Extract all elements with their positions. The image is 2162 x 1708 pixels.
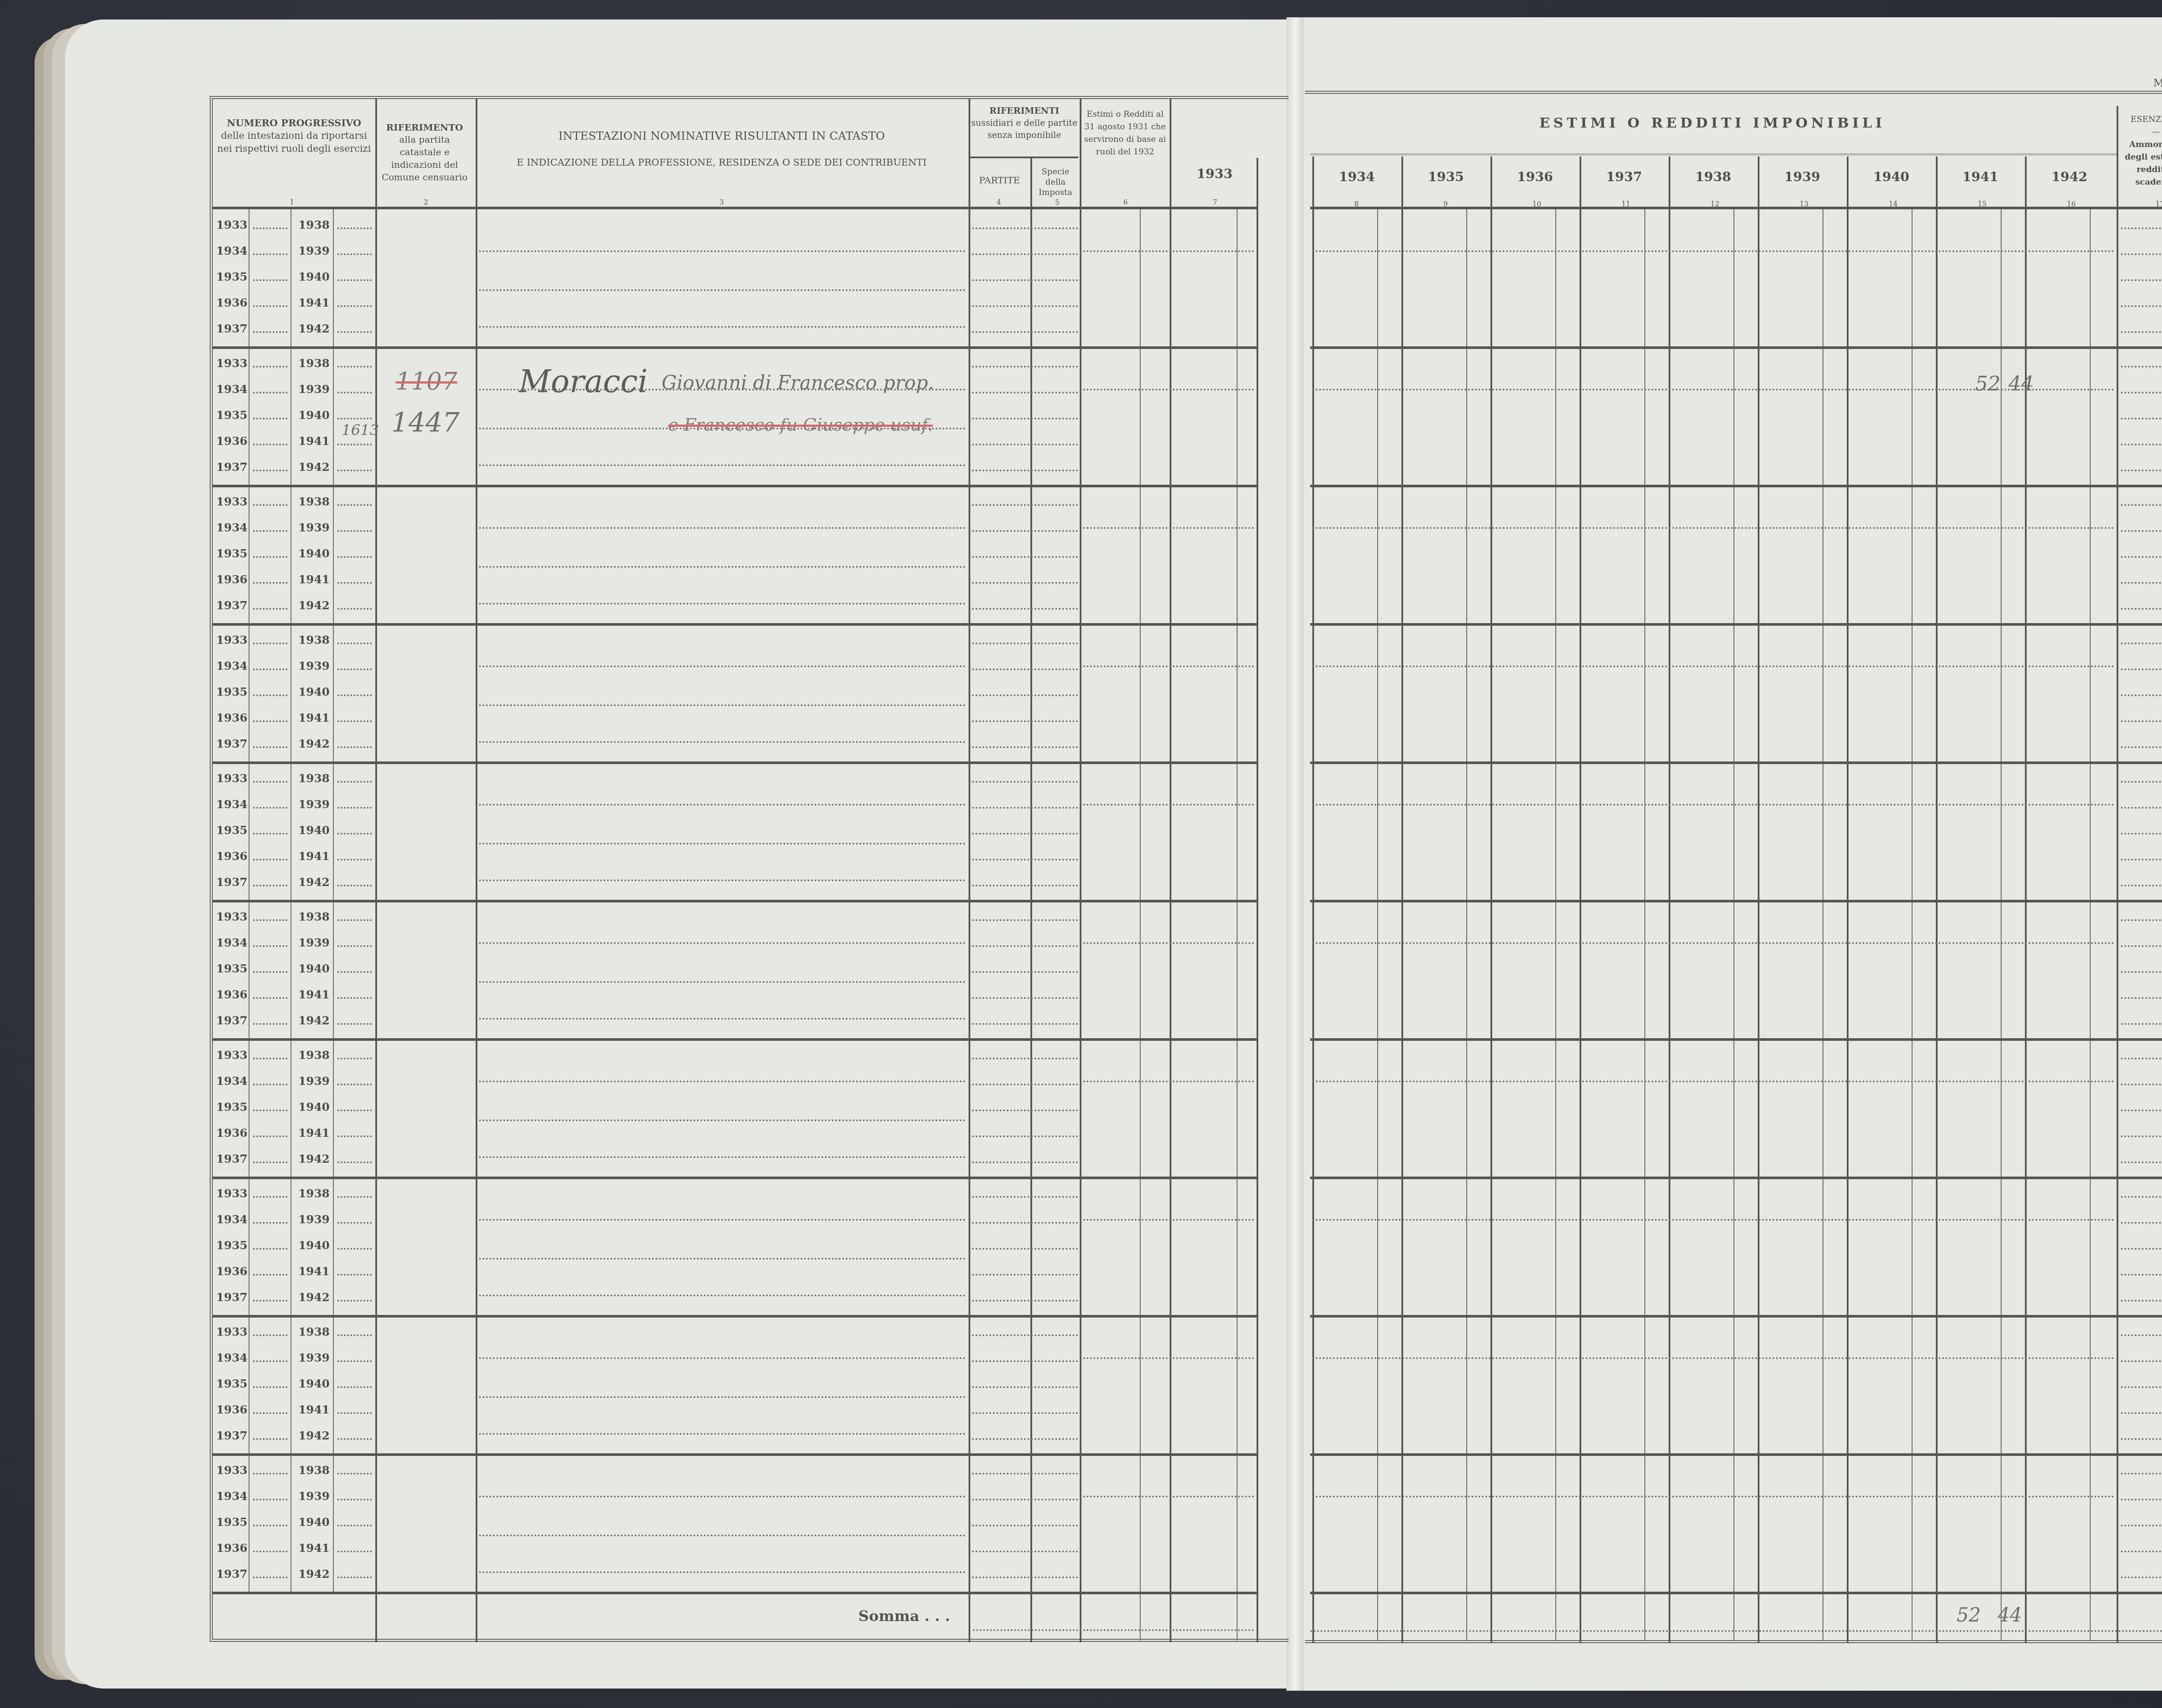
- writing-line: [479, 527, 966, 529]
- row-group-rule: [1310, 1592, 2162, 1594]
- header-numero-progressivo: NUMERO PROGRESSIVO delle intestazioni da…: [214, 117, 374, 156]
- dotted-leader: [2121, 971, 2162, 973]
- year-label-left: 1935: [216, 824, 247, 837]
- dotted-leader: [972, 1551, 1078, 1552]
- dotted-leader: [337, 746, 372, 748]
- year-label-left: 1937: [216, 876, 247, 889]
- writing-line: [1312, 1081, 2114, 1082]
- col-divider: [375, 99, 377, 1642]
- dotted-leader: [337, 971, 372, 973]
- header-partite: PARTITE: [970, 175, 1029, 186]
- dotted-leader: [2121, 1196, 2162, 1198]
- dotted-leader: [2121, 1499, 2162, 1500]
- year-label-right: 1941: [298, 297, 329, 310]
- dotted-leader: [253, 1110, 288, 1111]
- dotted-leader: [2121, 227, 2162, 229]
- year-label-right: 1939: [298, 937, 329, 950]
- header-riferimento-sub: alla partita catastale e indicazioni del…: [377, 134, 472, 184]
- year-label-right: 1939: [298, 1213, 329, 1226]
- dotted-leader: [337, 1551, 372, 1552]
- dotted-leader: [972, 833, 1078, 835]
- writing-line: [479, 981, 966, 983]
- col-divider: [2117, 106, 2118, 1643]
- dotted-leader: [253, 1084, 288, 1085]
- year-label-left: 1935: [216, 409, 247, 422]
- row-group-rule: [1310, 485, 2162, 487]
- dotted-leader: [972, 1473, 1078, 1475]
- dotted-leader: [2121, 1525, 2162, 1526]
- col-divider: [1030, 157, 1032, 1642]
- dotted-leader: [337, 1135, 372, 1137]
- writing-line: [1083, 942, 1254, 944]
- dotted-leader: [2121, 781, 2162, 783]
- dotted-leader: [337, 945, 372, 947]
- dotted-leader: [337, 582, 372, 584]
- dotted-leader: [337, 1473, 372, 1475]
- dotted-leader: [337, 1438, 372, 1440]
- year-label-right: 1938: [298, 1326, 329, 1339]
- year-label-right: 1942: [298, 1430, 329, 1443]
- dotted-leader: [2121, 919, 2162, 921]
- dotted-leader: [337, 418, 372, 419]
- dotted-leader: [972, 1023, 1078, 1025]
- year-label-left: 1935: [216, 271, 247, 284]
- writing-line: [1083, 1081, 1254, 1082]
- header-estimi-1931: Estimi o Redditi al 31 agosto 1931 che s…: [1082, 108, 1168, 158]
- handwritten-struck-line: e Francesco fu Giuseppe usuf.: [668, 415, 933, 435]
- dotted-leader: [337, 1023, 372, 1025]
- year-label-right: 1939: [298, 1075, 329, 1088]
- year-label-left: 1934: [216, 1490, 247, 1503]
- dotted-leader: [972, 470, 1078, 471]
- year-label-left: 1935: [216, 1239, 247, 1252]
- col-divider: [1080, 99, 1081, 1642]
- dotted-leader: [337, 279, 372, 281]
- dotted-leader: [2121, 1248, 2162, 1250]
- row-group-rule: [213, 485, 1257, 487]
- year-label-left: 1934: [216, 1075, 247, 1088]
- dotted-leader: [2121, 305, 2162, 307]
- dotted-leader: [972, 643, 1078, 644]
- col-divider-cent: [1912, 209, 1913, 1641]
- dotted-leader: [2121, 366, 2162, 368]
- year-label-left: 1935: [216, 1516, 247, 1529]
- year-label-left: 1935: [216, 1101, 247, 1114]
- header-intestazioni-sub: E INDICAZIONE DELLA PROFESSIONE, RESIDEN…: [477, 157, 966, 168]
- header-numero-sub: delle intestazioni da riportarsi nei ris…: [214, 130, 374, 156]
- dotted-leader: [337, 1222, 372, 1224]
- dotted-leader: [253, 1274, 288, 1276]
- writing-line: [1083, 527, 1254, 529]
- header-year-1934: 1934: [1312, 170, 1401, 185]
- dotted-leader: [337, 1525, 372, 1526]
- dotted-leader: [337, 504, 372, 506]
- dotted-leader: [253, 1412, 288, 1414]
- dotted-leader: [972, 1196, 1078, 1198]
- dotted-leader: [2121, 1084, 2162, 1085]
- writing-line: [479, 566, 966, 568]
- year-label-right: 1941: [298, 573, 329, 586]
- year-label-left: 1937: [216, 461, 247, 474]
- writing-line: [1083, 389, 1254, 390]
- dotted-leader: [972, 305, 1078, 307]
- dotted-leader: [253, 1248, 288, 1250]
- dotted-leader: [337, 366, 372, 368]
- row-group-rule: [213, 1592, 1257, 1594]
- colnum-2: 2: [424, 198, 428, 206]
- dotted-leader: [253, 1360, 288, 1362]
- dotted-leader: [253, 504, 288, 506]
- writing-line: [1083, 1496, 1254, 1497]
- year-label-right: 1940: [298, 1101, 329, 1114]
- writing-line: [479, 1396, 966, 1398]
- dotted-leader: [253, 279, 288, 281]
- dotted-leader: [253, 530, 288, 532]
- handwritten-1941-cent: 44: [2008, 372, 2034, 395]
- year-label-right: 1942: [298, 1014, 329, 1027]
- year-label-right: 1938: [298, 1049, 329, 1062]
- year-label-right: 1940: [298, 1516, 329, 1529]
- header-year-1940: 1940: [1847, 170, 1936, 185]
- header-riferimenti: RIFERIMENTI sussidiari e delle partite s…: [970, 105, 1078, 141]
- dotted-leader: [253, 694, 288, 696]
- col-divider-cent: [1377, 209, 1378, 1641]
- dotted-leader: [253, 305, 288, 307]
- dotted-leader: [337, 444, 372, 445]
- dotted-leader: [972, 1386, 1078, 1388]
- writing-line: [479, 289, 966, 291]
- dotted-leader: [972, 746, 1078, 748]
- year-label-right: 1939: [298, 1490, 329, 1503]
- year-label-left: 1936: [216, 988, 247, 1001]
- writing-line: [479, 741, 966, 743]
- dotted-leader: [337, 781, 372, 783]
- dotted-leader: [2121, 1438, 2162, 1440]
- year-label-right: 1942: [298, 738, 329, 751]
- dotted-leader: [253, 1577, 288, 1578]
- year-label-left: 1935: [216, 686, 247, 699]
- dotted-leader: [253, 253, 288, 255]
- year-label-left: 1937: [216, 1153, 247, 1166]
- row-group-rule: [1310, 1038, 2162, 1041]
- dotted-leader: [2121, 1360, 2162, 1362]
- handwritten-surname: Moracci: [519, 363, 648, 400]
- writing-line: [1083, 804, 1254, 806]
- year-label-left: 1937: [216, 738, 247, 751]
- dotted-leader: [253, 470, 288, 471]
- handwritten-new-partita: 1447: [391, 406, 460, 438]
- writing-line: [479, 1433, 966, 1435]
- dotted-leader: [253, 227, 288, 229]
- writing-line: [479, 1219, 966, 1221]
- writing-line: [479, 880, 966, 881]
- year-label-left: 1936: [216, 1404, 247, 1417]
- year-label-right: 1941: [298, 988, 329, 1001]
- col-divider: [1170, 99, 1171, 1642]
- dotted-leader: [253, 331, 288, 333]
- writing-line: [479, 1018, 966, 1020]
- writing-line: [479, 843, 966, 844]
- dotted-leader: [2121, 582, 2162, 584]
- dotted-leader: [253, 1135, 288, 1137]
- dotted-leader: [2121, 504, 2162, 506]
- dotted-leader: [972, 720, 1078, 722]
- dotted-leader: [337, 1334, 372, 1336]
- dotted-leader: [2121, 392, 2162, 393]
- dotted-leader: [2121, 418, 2162, 419]
- dotted-leader: [2121, 1222, 2162, 1224]
- year-label-left: 1936: [216, 1127, 247, 1140]
- writing-line: [1083, 1219, 1254, 1221]
- dotted-leader: [337, 859, 372, 860]
- dotted-leader: [253, 746, 288, 748]
- year-label-left: 1934: [216, 383, 247, 396]
- dotted-leader: [972, 253, 1078, 255]
- year-label-left: 1936: [216, 573, 247, 586]
- dotted-leader: [337, 885, 372, 886]
- dotted-leader: [337, 997, 372, 999]
- dotted-leader: [2121, 1334, 2162, 1336]
- dotted-leader: [972, 279, 1078, 281]
- dotted-leader: [337, 556, 372, 558]
- dotted-leader: [2121, 1386, 2162, 1388]
- dotted-leader: [253, 1300, 288, 1302]
- dotted-leader: [972, 1135, 1078, 1137]
- dotted-leader: [253, 919, 288, 921]
- dotted-leader: [2121, 1551, 2162, 1552]
- year-label-right: 1938: [298, 357, 329, 370]
- dotted-leader: [2121, 608, 2162, 610]
- year-label-left: 1934: [216, 1352, 247, 1365]
- year-label-right: 1941: [298, 850, 329, 863]
- writing-line: [479, 1081, 966, 1082]
- dotted-leader: [337, 694, 372, 696]
- year-label-left: 1937: [216, 1430, 247, 1443]
- dotted-leader: [253, 366, 288, 368]
- header-esenzioni: ESENZIONI — Ammontare degli estimi o red…: [2118, 113, 2162, 189]
- year-label-right: 1942: [298, 876, 329, 889]
- dotted-leader: [337, 1577, 372, 1578]
- dotted-leader: [972, 1334, 1078, 1336]
- year-label-left: 1935: [216, 1378, 247, 1391]
- year-label-right: 1939: [298, 245, 329, 258]
- dotted-leader: [253, 1551, 288, 1552]
- writing-line: [479, 326, 966, 328]
- dotted-leader: [253, 1386, 288, 1388]
- writing-line: [479, 665, 966, 667]
- dotted-leader: [2121, 253, 2162, 255]
- total-1941-lire: 52: [1957, 1604, 1981, 1626]
- dotted-leader: [2121, 1110, 2162, 1111]
- dotted-leader: [337, 1196, 372, 1198]
- header-year-1941: 1941: [1936, 170, 2025, 185]
- dotted-leader: [337, 1300, 372, 1302]
- dotted-leader: [337, 643, 372, 644]
- header-riferimento-title: RIFERIMENTO: [377, 121, 472, 134]
- dotted-leader: [337, 1058, 372, 1059]
- col-divider-cent: [1644, 209, 1645, 1641]
- year-label-right: 1941: [298, 435, 329, 448]
- col-divider: [969, 99, 970, 1642]
- year-label-left: 1935: [216, 963, 247, 976]
- header-intestazioni: INTESTAZIONI NOMINATIVE RISULTANTI IN CA…: [477, 130, 966, 168]
- writing-line: [1083, 250, 1254, 252]
- writing-line: [1312, 1357, 2114, 1359]
- dotted-leader: [972, 418, 1078, 419]
- col-divider: [1237, 209, 1238, 1641]
- dotted-leader: [972, 1525, 1078, 1526]
- year-label-right: 1940: [298, 1378, 329, 1391]
- writing-line: [479, 1535, 966, 1536]
- header-year-1937: 1937: [1580, 170, 1669, 185]
- writing-line: [1312, 1496, 2114, 1497]
- year-label-left: 1936: [216, 1265, 247, 1278]
- dotted-leader: [337, 1386, 372, 1388]
- dotted-leader: [253, 1161, 288, 1163]
- dotted-leader: [972, 582, 1078, 584]
- writing-line: [479, 603, 966, 605]
- year-label-left: 1937: [216, 1014, 247, 1027]
- writing-line: [479, 1156, 966, 1158]
- header-specie-imposta: Specie della Imposta: [1032, 166, 1079, 198]
- writing-line: [479, 1119, 966, 1121]
- dotted-leader: [972, 919, 1078, 921]
- year-label-left: 1933: [216, 357, 247, 370]
- header-esenzioni-title: ESENZIONI: [2118, 113, 2162, 126]
- dotted-leader: [337, 919, 372, 921]
- header-divider: [970, 157, 1078, 158]
- dotted-leader: [2121, 1058, 2162, 1059]
- col-divider-cent: [1733, 209, 1734, 1641]
- year-label-left: 1936: [216, 297, 247, 310]
- dotted-leader: [253, 444, 288, 445]
- writing-line: [479, 804, 966, 806]
- dotted-leader: [972, 530, 1078, 532]
- dotted-leader: [972, 807, 1078, 809]
- row-group-rule: [213, 1038, 1257, 1041]
- colnum-4: 4: [997, 198, 1001, 206]
- dotted-leader: [2121, 1135, 2162, 1137]
- year-label-right: 1940: [298, 547, 329, 560]
- dotted-leader: [972, 1499, 1078, 1500]
- dotted-leader: [972, 392, 1078, 393]
- dotted-leader: [253, 1058, 288, 1059]
- dotted-leader: [253, 1473, 288, 1475]
- year-label-left: 1936: [216, 712, 247, 725]
- year-label-right: 1938: [298, 634, 329, 647]
- year-label-left: 1934: [216, 521, 247, 534]
- dotted-leader: [972, 556, 1078, 558]
- handwritten-old-partita: 1107: [396, 368, 457, 396]
- year-label-right: 1939: [298, 1352, 329, 1365]
- dotted-leader: [253, 668, 288, 670]
- dotted-leader: [2121, 720, 2162, 722]
- col-divider-cent: [2001, 209, 2002, 1641]
- dotted-leader: [337, 530, 372, 532]
- dotted-leader: [972, 1084, 1078, 1085]
- dotted-leader: [253, 859, 288, 860]
- dotted-leader: [253, 781, 288, 783]
- total-1941-cent: 44: [1998, 1604, 2022, 1626]
- dotted-leader: [972, 945, 1078, 947]
- dotted-leader: [972, 1360, 1078, 1362]
- year-label-right: 1941: [298, 1127, 329, 1140]
- dotted-leader: [337, 1360, 372, 1362]
- year-label-left: 1935: [216, 547, 247, 560]
- dotted-leader: [2121, 1473, 2162, 1475]
- dotted-leader: [972, 1248, 1078, 1250]
- row-group-rule: [1310, 1453, 2162, 1456]
- dotted-leader: [253, 608, 288, 610]
- col-divider: [1140, 209, 1141, 1641]
- dotted-leader: [972, 608, 1078, 610]
- dotted-leader: [337, 1110, 372, 1111]
- header-esenzioni-sub: Ammontare degli estimi o redditi e scade…: [2118, 138, 2162, 189]
- dotted-leader: [972, 331, 1078, 333]
- row-group-rule: [213, 1453, 1257, 1456]
- colnum-7: 7: [1213, 198, 1217, 206]
- row-group-rule: [1310, 900, 2162, 902]
- row-group-rule: [1310, 761, 2162, 764]
- left-ledger-table: [210, 96, 1289, 1642]
- dotted-leader: [253, 582, 288, 584]
- dotted-leader: [337, 807, 372, 809]
- header-year-1935: 1935: [1401, 170, 1490, 185]
- writing-line: [1312, 250, 2114, 252]
- dotted-leader: [2121, 1577, 2162, 1578]
- handwritten-given-name: Giovanni di Francesco prop.: [662, 372, 934, 394]
- dotted-leader: [337, 253, 372, 255]
- header-riferimenti-sub: sussidiari e delle partite senza imponib…: [970, 117, 1078, 141]
- dotted-leader: [253, 971, 288, 973]
- year-label-left: 1934: [216, 798, 247, 811]
- writing-line: [1312, 1219, 2114, 1221]
- year-label-left: 1934: [216, 660, 247, 673]
- header-year-1933: 1933: [1171, 166, 1258, 182]
- header-numero-title: NUMERO PROGRESSIVO: [214, 117, 374, 130]
- colnum-3: 3: [720, 198, 724, 206]
- header-divider: [1310, 154, 2117, 155]
- col-divider-cent: [1555, 209, 1556, 1641]
- row-group-rule: [213, 1315, 1257, 1318]
- row-group-rule: [213, 623, 1257, 626]
- dotted-leader: [2121, 1412, 2162, 1414]
- dotted-leader: [972, 885, 1078, 886]
- year-label-right: 1940: [298, 271, 329, 284]
- colnum-5: 5: [1055, 198, 1059, 206]
- year-label-right: 1938: [298, 1187, 329, 1200]
- dotted-leader: [2121, 1023, 2162, 1025]
- dotted-leader: [337, 1161, 372, 1163]
- dotted-leader: [972, 997, 1078, 999]
- dotted-leader: [253, 556, 288, 558]
- dotted-leader: [253, 1222, 288, 1224]
- col-divider-cent: [2090, 209, 2091, 1641]
- header-year-1939: 1939: [1758, 170, 1847, 185]
- dotted-leader: [972, 668, 1078, 670]
- dotted-leader: [972, 504, 1078, 506]
- year-label-right: 1941: [298, 1265, 329, 1278]
- header-bottom-rule: [213, 207, 1257, 209]
- colnum-1: 1: [290, 198, 294, 206]
- year-label-left: 1933: [216, 1464, 247, 1477]
- year-label-right: 1941: [298, 1542, 329, 1555]
- year-label-right: 1942: [298, 1291, 329, 1304]
- year-label-left: 1933: [216, 1326, 247, 1339]
- colnum-6: 6: [1123, 198, 1128, 206]
- dotted-leader: [2121, 331, 2162, 333]
- header-year-1936: 1936: [1490, 170, 1580, 185]
